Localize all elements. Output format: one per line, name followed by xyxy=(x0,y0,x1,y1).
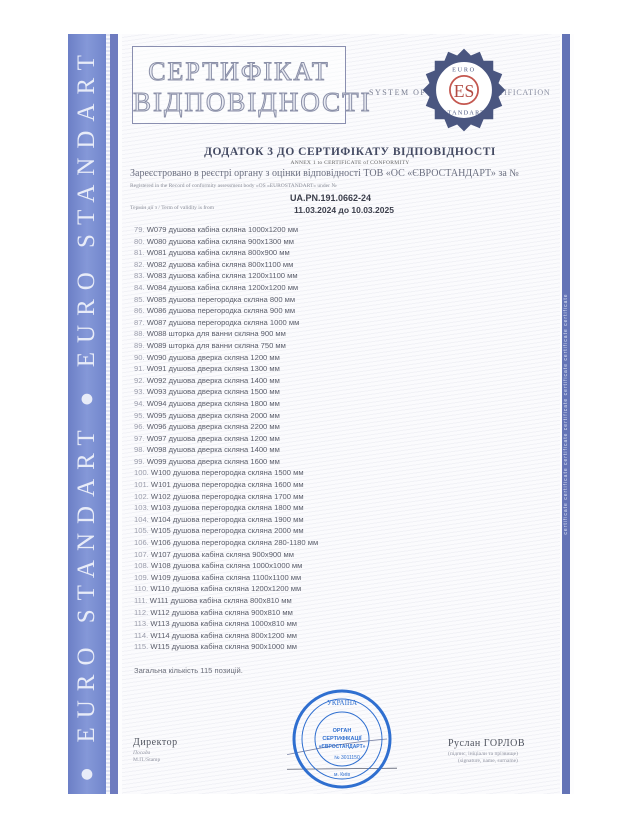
list-item: 107. W107 душова кабіна скляна 900x900 м… xyxy=(134,549,318,561)
list-item: 93. W093 душова дверка скляна 1500 мм xyxy=(134,386,318,398)
item-text: W098 душова дверка скляна 1400 мм xyxy=(147,445,280,454)
list-item: 112. W112 душова кабіна скляна 900x810 м… xyxy=(134,607,318,619)
left-decorative-band: ● EURO STANDART ● EURO STANDART xyxy=(68,34,106,794)
signer-sub-label-en: (signature, name, surname) xyxy=(458,758,518,764)
item-text: W102 душова перегородка скляна 1700 мм xyxy=(151,492,304,501)
item-text: W108 душова кабіна скляна 1000x1000 мм xyxy=(151,561,302,570)
item-number: 86. xyxy=(134,306,145,315)
item-number: 92. xyxy=(134,376,145,385)
annex-subtitle: ANNEX 1 to CERTIFICATE of CONFORMITY xyxy=(150,160,550,166)
stamp-city: м. Київ xyxy=(334,772,350,778)
item-number: 104. xyxy=(134,515,149,524)
right-decorative-band: certificate certificate certificate cert… xyxy=(562,34,570,794)
list-item: 115. W115 душова кабіна скляна 900x1000 … xyxy=(134,641,318,653)
position-label: Директор xyxy=(133,737,178,748)
signer-name: Руслан ГОРЛОВ xyxy=(448,738,525,749)
item-number: 90. xyxy=(134,353,145,362)
list-item: 109. W109 душова кабіна скляна 1100x1100… xyxy=(134,572,318,584)
item-number: 94. xyxy=(134,399,145,408)
list-item: 83. W083 душова кабіна скляна 1200x1100 … xyxy=(134,270,318,282)
item-text: W089 шторка для ванни скляна 750 мм xyxy=(147,341,286,350)
item-number: 101. xyxy=(134,480,149,489)
item-number: 109. xyxy=(134,573,149,582)
stamp-line-1: ОРГАН xyxy=(333,728,352,734)
list-item: 99. W099 душова дверка скляна 1600 мм xyxy=(134,456,318,468)
annex-title: ДОДАТОК 3 ДО СЕРТИФІКАТУ ВІДПОВІДНОСТІ xyxy=(150,146,550,158)
item-number: 88. xyxy=(134,329,145,338)
item-number: 115. xyxy=(134,642,148,651)
item-text: W104 душова перегородка скляна 1900 мм xyxy=(151,515,304,524)
stamp-sub-label: М.П./Stamp xyxy=(133,757,160,763)
logo-top-text: EURO xyxy=(452,68,476,74)
list-item: 97. W097 душова дверка скляна 1200 мм xyxy=(134,433,318,445)
euro-standart-band-text: ● EURO STANDART ● EURO STANDART xyxy=(73,46,101,782)
list-item: 102. W102 душова перегородка скляна 1700… xyxy=(134,491,318,503)
item-text: W082 душова кабіна скляна 800x1100 мм xyxy=(147,260,294,269)
item-text: W109 душова кабіна скляна 1100x1100 мм xyxy=(151,573,301,582)
list-item: 79. W079 душова кабіна скляна 1000x1200 … xyxy=(134,224,318,236)
list-item: 105. W105 душова перегородка скляна 2000… xyxy=(134,525,318,537)
item-text: W099 душова дверка скляна 1600 мм xyxy=(147,457,280,466)
item-text: W079 душова кабіна скляна 1000x1200 мм xyxy=(147,225,298,234)
item-number: 81. xyxy=(134,248,145,257)
item-text: W107 душова кабіна скляна 900x900 мм xyxy=(151,550,294,559)
item-number: 85. xyxy=(134,295,145,304)
list-item: 91. W091 душова дверка скляна 1300 мм xyxy=(134,363,318,375)
right-microtext: certificate certificate certificate cert… xyxy=(563,293,569,534)
list-item: 95. W095 душова дверка скляна 2000 мм xyxy=(134,410,318,422)
item-number: 83. xyxy=(134,271,145,280)
item-text: W086 душова перегородка скляна 900 мм xyxy=(147,306,295,315)
item-text: W083 душова кабіна скляна 1200x1100 мм xyxy=(147,271,298,280)
list-item: 82. W082 душова кабіна скляна 800x1100 м… xyxy=(134,259,318,271)
item-number: 111. xyxy=(134,596,148,605)
item-number: 105. xyxy=(134,526,149,535)
list-item: 96. W096 душова дверка скляна 2200 мм xyxy=(134,421,318,433)
item-text: W105 душова перегородка скляна 2000 мм xyxy=(151,526,304,535)
item-text: W084 душова кабіна скляна 1200x1200 мм xyxy=(147,283,298,292)
official-stamp-icon: УКРАЇНА ОРГАН СЕРТИФІКАЦІЇ «ЄВРОСТАНДАРТ… xyxy=(287,684,397,794)
list-item: 80. W080 душова кабіна скляна 900x1300 м… xyxy=(134,236,318,248)
list-item: 108. W108 душова кабіна скляна 1000x1000… xyxy=(134,560,318,572)
item-text: W114 душова кабіна скляна 800x1200 мм xyxy=(150,631,297,640)
item-number: 89. xyxy=(134,341,145,350)
item-text: W112 душова кабіна скляна 900x810 мм xyxy=(150,608,292,617)
list-item: 90. W090 душова дверка скляна 1200 мм xyxy=(134,352,318,364)
list-item: 88. W088 шторка для ванни скляна 900 мм xyxy=(134,328,318,340)
item-text: W111 душова кабіна скляна 800x810 мм xyxy=(150,596,292,605)
registration-number: UA.PN.191.0662-24 xyxy=(290,193,371,203)
term-value: 11.03.2024 до 10.03.2025 xyxy=(294,205,394,215)
product-list: 79. W079 душова кабіна скляна 1000x1200 … xyxy=(134,224,318,653)
item-text: W113 душова кабіна скляна 1000x810 мм xyxy=(150,619,297,628)
item-number: 99. xyxy=(134,457,145,466)
logo-center-text: ES xyxy=(454,81,475,101)
item-text: W095 душова дверка скляна 2000 мм xyxy=(147,411,280,420)
item-number: 108. xyxy=(134,561,149,570)
item-text: W087 душова перегородка скляна 1000 мм xyxy=(147,318,300,327)
item-text: W103 душова перегородка скляна 1800 мм xyxy=(151,503,304,512)
list-item: 114. W114 душова кабіна скляна 800x1200 … xyxy=(134,630,318,642)
item-text: W094 душова дверка скляна 1800 мм xyxy=(147,399,280,408)
stamp-code: № 3011150 xyxy=(334,755,360,761)
item-number: 95. xyxy=(134,411,145,420)
item-number: 103. xyxy=(134,503,149,512)
item-number: 102. xyxy=(134,492,149,501)
item-number: 97. xyxy=(134,434,145,443)
item-text: W092 душова дверка скляна 1400 мм xyxy=(147,376,280,385)
position-sub-label: Посада xyxy=(133,750,150,756)
item-number: 93. xyxy=(134,387,145,396)
list-item: 85. W085 душова перегородка скляна 800 м… xyxy=(134,294,318,306)
item-number: 113. xyxy=(134,619,148,628)
item-text: W090 душова дверка скляна 1200 мм xyxy=(147,353,280,362)
item-text: W093 душова дверка скляна 1500 мм xyxy=(147,387,280,396)
list-item: 101. W101 душова перегородка скляна 1600… xyxy=(134,479,318,491)
list-item: 103. W103 душова перегородка скляна 1800… xyxy=(134,502,318,514)
item-number: 112. xyxy=(134,608,148,617)
item-number: 106. xyxy=(134,538,149,547)
list-item: 84. W084 душова кабіна скляна 1200x1200 … xyxy=(134,282,318,294)
item-text: W097 душова дверка скляна 1200 мм xyxy=(147,434,280,443)
list-item: 106. W106 душова перегородка скляна 280-… xyxy=(134,537,318,549)
item-text: W100 душова перегородка скляна 1500 мм xyxy=(151,468,304,477)
item-number: 80. xyxy=(134,237,145,246)
item-number: 107. xyxy=(134,550,149,559)
list-item: 87. W087 душова перегородка скляна 1000 … xyxy=(134,317,318,329)
item-number: 110. xyxy=(134,584,148,593)
list-item: 86. W086 душова перегородка скляна 900 м… xyxy=(134,305,318,317)
list-item: 111. W111 душова кабіна скляна 800x810 м… xyxy=(134,595,318,607)
title-line-2: ВІДПОВІДНОСТІ xyxy=(133,87,345,118)
left-thin-band xyxy=(110,34,118,794)
logo-caption-left: SYSTEM OF xyxy=(369,88,426,97)
item-number: 84. xyxy=(134,283,145,292)
signer-sub-label: (підпис, ініціали та прізвище) xyxy=(448,751,518,757)
list-item: 94. W094 душова дверка скляна 1800 мм xyxy=(134,398,318,410)
item-text: W085 душова перегородка скляна 800 мм xyxy=(147,295,295,304)
item-text: W101 душова перегородка скляна 1600 мм xyxy=(151,480,304,489)
euro-standart-logo-icon: ES EURO STANDART xyxy=(420,46,508,134)
term-label: Термін дії з / Term of validity is from xyxy=(130,205,214,211)
item-text: W088 шторка для ванни скляна 900 мм xyxy=(147,329,286,338)
item-text: W080 душова кабіна скляна 900x1300 мм xyxy=(147,237,294,246)
list-item: 104. W104 душова перегородка скляна 1900… xyxy=(134,514,318,526)
item-text: W081 душова кабіна скляна 800x900 мм xyxy=(147,248,290,257)
item-text: W106 душова перегородка скляна 280-1180 … xyxy=(151,538,318,547)
stamp-line-3: «ЄВРОСТАНДАРТ» xyxy=(319,744,366,750)
item-number: 82. xyxy=(134,260,145,269)
list-item: 92. W092 душова дверка скляна 1400 мм xyxy=(134,375,318,387)
item-number: 114. xyxy=(134,631,148,640)
list-item: 113. W113 душова кабіна скляна 1000x810 … xyxy=(134,618,318,630)
item-number: 79. xyxy=(134,225,145,234)
item-number: 87. xyxy=(134,318,145,327)
list-item: 110. W110 душова кабіна скляна 1200x1200… xyxy=(134,583,318,595)
item-number: 100. xyxy=(134,468,149,477)
item-text: W096 душова дверка скляна 2200 мм xyxy=(147,422,280,431)
item-text: W110 душова кабіна скляна 1200x1200 мм xyxy=(150,584,301,593)
item-number: 91. xyxy=(134,364,145,373)
list-item: 98. W098 душова дверка скляна 1400 мм xyxy=(134,444,318,456)
logo-bottom-text: STANDART xyxy=(443,111,486,117)
total-count: Загальна кількість 115 позицій. xyxy=(134,666,243,675)
certificate-title-box: СЕРТИФІКАТ ВІДПОВІДНОСТІ xyxy=(132,46,346,124)
item-text: W115 душова кабіна скляна 900x1000 мм xyxy=(150,642,297,651)
list-item: 89. W089 шторка для ванни скляна 750 мм xyxy=(134,340,318,352)
item-number: 98. xyxy=(134,445,145,454)
stamp-line-2: СЕРТИФІКАЦІЇ xyxy=(322,735,362,742)
item-number: 96. xyxy=(134,422,145,431)
list-item: 81. W081 душова кабіна скляна 800x900 мм xyxy=(134,247,318,259)
registered-text-en: Registered in the Record of conformity a… xyxy=(130,183,337,189)
stamp-top-text: УКРАЇНА xyxy=(327,699,357,707)
item-text: W091 душова дверка скляна 1300 мм xyxy=(147,364,280,373)
list-item: 100. W100 душова перегородка скляна 1500… xyxy=(134,467,318,479)
registered-text: Зареєстровано в реєстрі органу з оцінки … xyxy=(130,168,519,179)
title-line-1: СЕРТИФІКАТ xyxy=(133,57,345,87)
